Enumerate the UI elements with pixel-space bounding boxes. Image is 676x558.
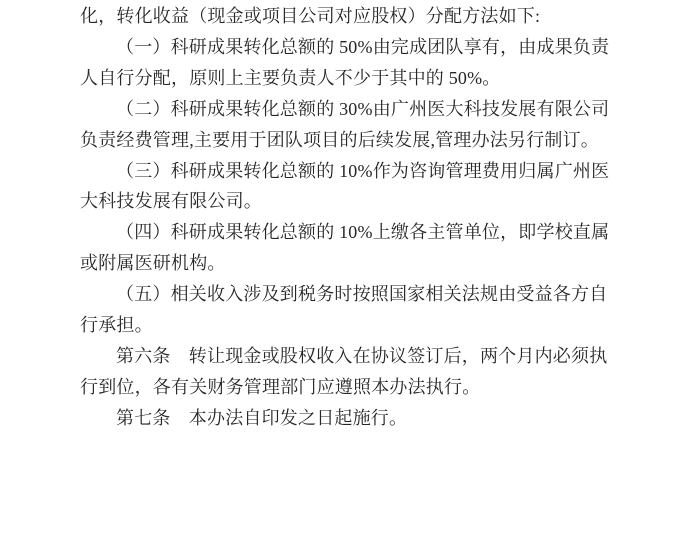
document-line: 人自行分配，原则上主要负责人不少于其中的 50%。 (80, 63, 640, 94)
document-line: 第七条 本办法自印发之日起施行。 (80, 403, 640, 434)
document-line: （一）科研成果转化总额的 50%由完成团队享有，由成果负责 (80, 32, 640, 63)
document-line: （三）科研成果转化总额的 10%作为咨询管理费用归属广州医 (80, 156, 640, 187)
document-page: 化，转化收益（现金或项目公司对应股权）分配方法如下:（一）科研成果转化总额的 5… (0, 0, 676, 558)
document-line: 负责经费管理,主要用于团队项目的后续发展,管理办法另行制订。 (80, 125, 640, 156)
document-line: 化，转化收益（现金或项目公司对应股权）分配方法如下: (80, 1, 640, 32)
document-line: 或附属医研机构。 (80, 248, 640, 279)
document-line: 第六条 转让现金或股权收入在协议签订后，两个月内必须执 (80, 341, 640, 372)
document-text-block: 化，转化收益（现金或项目公司对应股权）分配方法如下:（一）科研成果转化总额的 5… (80, 1, 640, 434)
document-line: 行到位，各有关财务管理部门应遵照本办法执行。 (80, 372, 640, 403)
document-line: （二）科研成果转化总额的 30%由广州医大科技发展有限公司 (80, 94, 640, 125)
document-line: （五）相关收入涉及到税务时按照国家相关法规由受益各方自 (80, 279, 640, 310)
document-line: 行承担。 (80, 310, 640, 341)
document-line: （四）科研成果转化总额的 10%上缴各主管单位，即学校直属 (80, 217, 640, 248)
document-line: 大科技发展有限公司。 (80, 186, 640, 217)
